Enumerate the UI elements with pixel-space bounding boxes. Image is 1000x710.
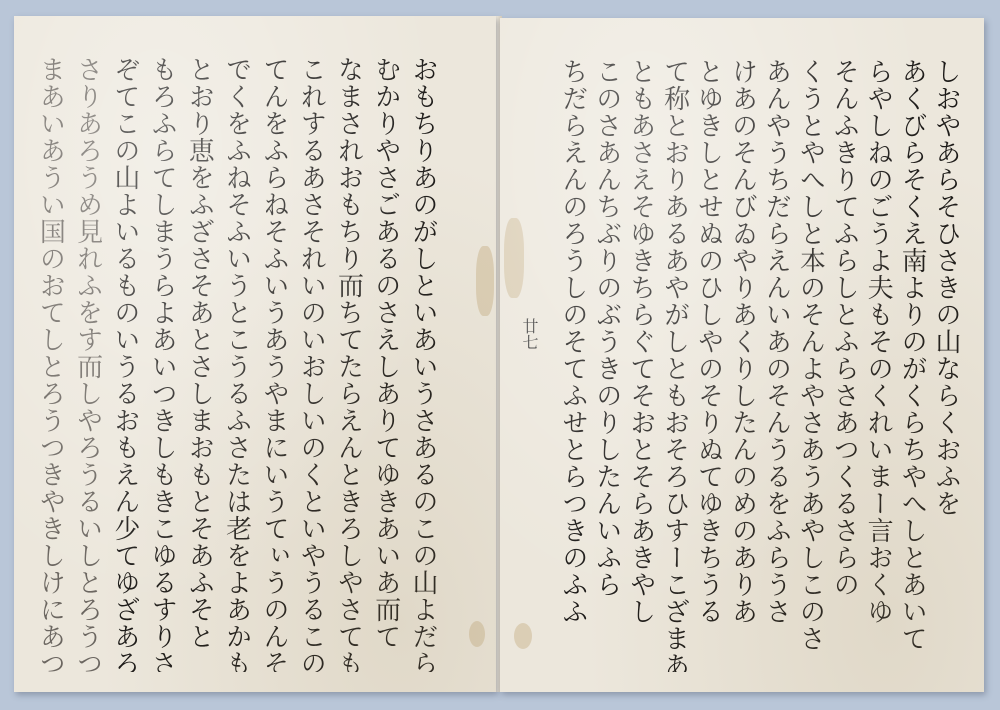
text-column: あんやうちだらえんいあのそんうるをふらうさ	[763, 58, 794, 672]
text-column: まあいあうい国のおてしとろうつきやきしけにあつ	[34, 56, 68, 672]
text-column: なまされおもちり而ちてたらえんときろしやさても	[332, 56, 366, 672]
text-column: あくびらそくえ南よりのがくらちやへしとあいて	[899, 58, 930, 672]
text-column: しおやあらそひさきの山ならくおふを	[933, 58, 964, 672]
text-column: おもちりあのがしといあいうさあるのこの山よだらえんを	[407, 56, 441, 672]
text-column: とおり恵をふざさそあとさしまおもとそあふそと	[183, 56, 217, 672]
text-column: むかりやさごあるのさえしありてゆきあいあ而て	[369, 56, 403, 672]
text-column: これするあさそれいのいおしいのくといやうるこの山	[295, 56, 329, 672]
text-column: くうとやへしと本のそんよやさあうあやしこのさ	[797, 58, 828, 672]
text-column: て称とおりあるあやがしともおそろひすーこざまあき	[662, 58, 693, 672]
text-column: ぞてこの山よいるものいうるおもえん少てゆざあろれ	[109, 56, 143, 672]
text-column: そんふきりてふらしとふらさあつくるさらの	[831, 58, 862, 672]
paper-stain	[514, 623, 532, 649]
text-column: らやしねのごうよ夫もそのくれいまー言おくゆ	[865, 58, 896, 672]
right-page-text: しおやあらそひさきの山ならくおふを あくびらそくえ南よりのがくらちやへしとあいて…	[560, 58, 964, 672]
text-column: このさあんちぶりのぶうきのりしたんいふら	[594, 58, 625, 672]
left-page-text: おもちりあのがしといあいうさあるのこの山よだらえんを むかりやさごあるのさえしあ…	[34, 56, 441, 672]
text-column: ちだらえんのろうしのそてふせとらつきのふふ	[560, 58, 591, 672]
text-column: とゆきしとせぬのひしやのそりぬてゆきちうる	[696, 58, 727, 672]
left-page: おもちりあのがしといあいうさあるのこの山よだらえんを むかりやさごあるのさえしあ…	[14, 16, 496, 692]
right-page: 廿七 しおやあらそひさきの山ならくおふを あくびらそくえ南よりのがくらちやへしと…	[500, 18, 984, 692]
folio-number: 廿七	[518, 318, 541, 350]
text-column: さりあろうめ見れふをす而しやろうるいしとろうつき	[71, 56, 105, 672]
text-column: でくをふねそふいうとこうるふさたは老をよあかもい	[220, 56, 254, 672]
text-column: ともあさえそゆきちらぐてそおとそらあきやし	[628, 58, 659, 672]
paper-stain	[469, 621, 485, 647]
paper-stain	[476, 246, 494, 316]
text-column: てんをふらねそふいうあうやまにいうてぃうのんそこの山	[258, 56, 292, 672]
paper-stain	[504, 218, 524, 298]
text-column: もろふらてしまうらよあいつきしもきこゆるすりさせ	[146, 56, 180, 672]
text-column: けあのそんびゐやりあくりしたんのめのありあ	[730, 58, 761, 672]
